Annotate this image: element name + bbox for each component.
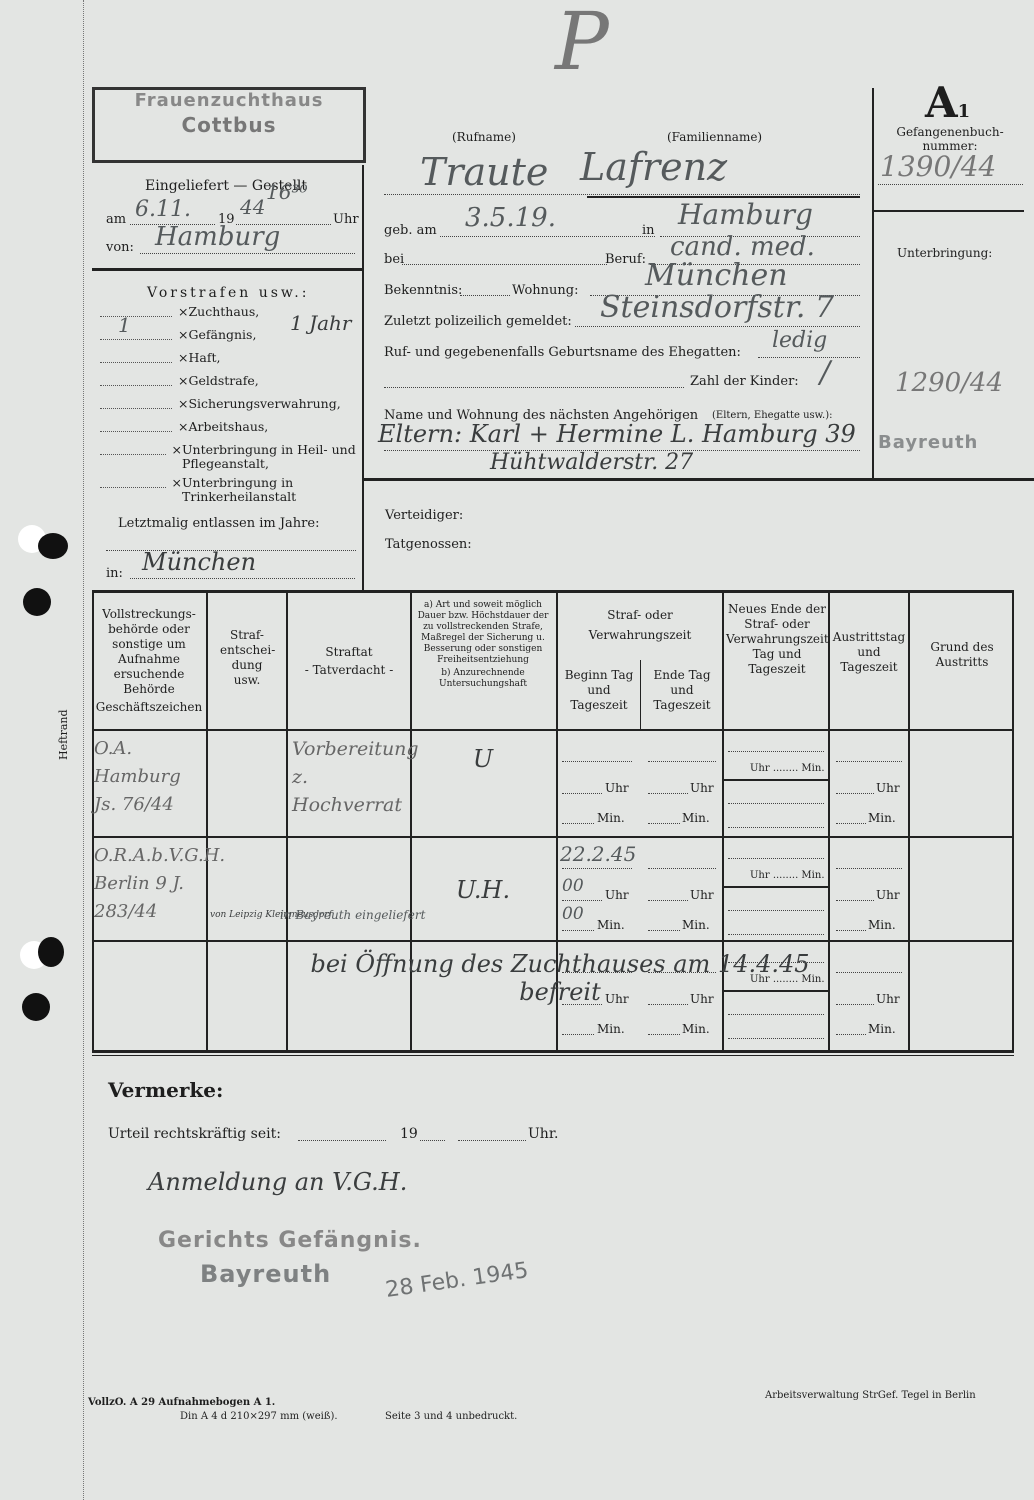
institution-stamp: Frauenzuchthaus Cottbus	[92, 87, 366, 163]
prior-item: × Sicherungsverwahrung,	[100, 397, 362, 411]
punch-hole	[22, 993, 50, 1021]
prison-stamp-city: Bayreuth	[200, 1260, 331, 1288]
am-label: am	[106, 212, 126, 227]
prior-title: Vorstrafen usw.:	[147, 285, 309, 301]
registered-address[interactable]: Steinsdorfstr. 7	[600, 290, 834, 325]
birth-place[interactable]: Hamburg	[678, 198, 813, 231]
release-place[interactable]: München	[142, 548, 256, 576]
stamp-date: 28 Feb. 1945	[384, 1258, 530, 1303]
row-authority[interactable]: O.A. Hamburg Js. 76/44	[94, 735, 206, 819]
stamp-line-2: Cottbus	[95, 113, 363, 137]
prior-list: × Zuchthaus,1× Gefängnis,1 Jahr× Haft,× …	[100, 305, 362, 513]
side-label: Heftrand	[57, 709, 70, 760]
prior-label: Unterbringung in Heil- und Pflegeanstalt…	[182, 443, 362, 471]
divider	[364, 478, 1034, 481]
first-name[interactable]: Traute	[420, 150, 548, 194]
last-release-label: Letztmalig entlassen im Jahre:	[118, 516, 319, 531]
header-new-end: Neues Ende der Straf- oder Verwahrungsze…	[726, 602, 828, 677]
row-begin-date[interactable]: 22.2.45	[560, 842, 636, 866]
remarks-note[interactable]: Anmeldung an V.G.H.	[148, 1168, 407, 1196]
cross-icon: ×	[178, 374, 188, 388]
divider	[92, 268, 362, 271]
footer-publisher: Arbeitsverwaltung StrGef. Tegel in Berli…	[765, 1390, 976, 1401]
admission-from[interactable]: Hamburg	[155, 222, 280, 252]
cross-icon: ×	[178, 351, 188, 365]
form-code: A1	[925, 78, 970, 127]
table-border	[92, 590, 1014, 593]
prisoner-book-number[interactable]: 1390/44	[880, 150, 996, 183]
header-reason: Grund des Austritts	[912, 640, 1012, 670]
prior-label: Gefängnis,	[188, 328, 256, 342]
next-of-kin[interactable]: Eltern: Karl + Hermine L. Hamburg 39	[378, 420, 856, 448]
prior-label: Unterbringung in Trinkerheilanstalt	[182, 476, 362, 504]
column-divider	[908, 591, 910, 1053]
prior-count[interactable]: 1	[118, 318, 131, 332]
von-label: von:	[106, 240, 134, 255]
binding-margin-line	[83, 0, 84, 1500]
cross-icon: ×	[178, 328, 188, 342]
prior-item: × Unterbringung in Heil- und Pflegeansta…	[100, 443, 362, 471]
cross-icon: ×	[172, 476, 182, 504]
children-count[interactable]: /	[820, 355, 830, 390]
header-authority: Vollstreckungs-behörde oder sonstige um …	[92, 607, 206, 715]
prison-stamp: Gerichts Gefängnis.	[158, 1228, 422, 1253]
prior-item: × Geldstrafe,	[100, 374, 362, 388]
birth-date[interactable]: 3.5.19.	[465, 203, 556, 233]
admission-date[interactable]: 6.11.	[135, 197, 191, 222]
column-divider	[828, 591, 830, 1053]
divider	[872, 88, 874, 478]
cross-icon: ×	[178, 397, 188, 411]
prior-label: Geldstrafe,	[188, 374, 258, 388]
header-decision: Straf-entschei-dung usw.	[220, 628, 274, 688]
row-begin-minute[interactable]: 00	[562, 904, 584, 924]
cross-icon: ×	[178, 305, 188, 319]
cross-icon: ×	[172, 443, 182, 471]
row-kind[interactable]: U	[412, 745, 554, 773]
row-offense[interactable]: in Bayreuth eingeliefert	[280, 908, 550, 922]
cross-icon: ×	[178, 420, 188, 434]
prior-note[interactable]: 1 Jahr	[290, 316, 351, 330]
punch-hole	[38, 533, 68, 559]
last-name[interactable]: Lafrenz	[580, 145, 727, 189]
punch-hole	[23, 588, 51, 616]
header-kind: a) Art und soweit möglich Dauer bzw. Höc…	[412, 600, 554, 690]
remarks-title: Vermerke:	[108, 1078, 223, 1102]
margin-mark: P	[555, 0, 609, 88]
column-divider	[1012, 591, 1014, 1053]
punch-hole	[38, 937, 64, 967]
header-exit: Austrittstag und Tageszeit	[832, 630, 906, 675]
residence[interactable]: München	[645, 258, 788, 293]
row-offense[interactable]: Vorbereitung z. Hochverrat	[292, 735, 407, 819]
header-begin: Beginn Tag und Tageszeit	[560, 668, 638, 713]
header-period: Straf- oder Verwahrungszeit	[558, 605, 722, 645]
row-begin-hour[interactable]: 00	[562, 876, 584, 896]
footer-form-id: VollzO. A 29 Aufnahmebogen A 1.	[88, 1397, 275, 1408]
column-divider	[286, 591, 288, 1053]
column-divider	[206, 591, 208, 1053]
admission-year[interactable]: 44	[240, 195, 265, 219]
prior-item: 1× Gefängnis,1 Jahr	[100, 328, 362, 342]
prior-item: × Haft,	[100, 351, 362, 365]
placement-stamp: Bayreuth	[878, 432, 978, 453]
prior-label: Sicherungsverwahrung,	[188, 397, 340, 411]
header-end: Ende Tag und Tageszeit	[642, 668, 722, 713]
prior-label: Haft,	[188, 351, 220, 365]
divider	[362, 165, 364, 590]
admission-time[interactable]: 16³⁰	[266, 180, 307, 204]
header-offense: Straftat - Tatverdacht -	[290, 645, 408, 678]
placement-note[interactable]: 1290/44	[895, 368, 1003, 398]
next-of-kin-address[interactable]: Hühtwalderstr. 27	[490, 450, 693, 475]
prior-label: Zuchthaus,	[188, 305, 259, 319]
row-offense[interactable]: bei Öffnung des Zuchthauses am 14.4.45 b…	[300, 950, 820, 1006]
prior-label: Arbeitshaus,	[188, 420, 268, 434]
stamp-line-1: Frauenzuchthaus	[95, 90, 363, 111]
spouse-name[interactable]: ledig	[772, 328, 827, 353]
prior-item: × Unterbringung in Trinkerheilanstalt	[100, 476, 362, 504]
row-kind[interactable]: U.H.	[412, 876, 554, 904]
row-authority[interactable]: O.R.A.b.V.G.H. Berlin 9 J. 283/44	[94, 842, 206, 926]
prior-item: × Arbeitshaus,	[100, 420, 362, 434]
